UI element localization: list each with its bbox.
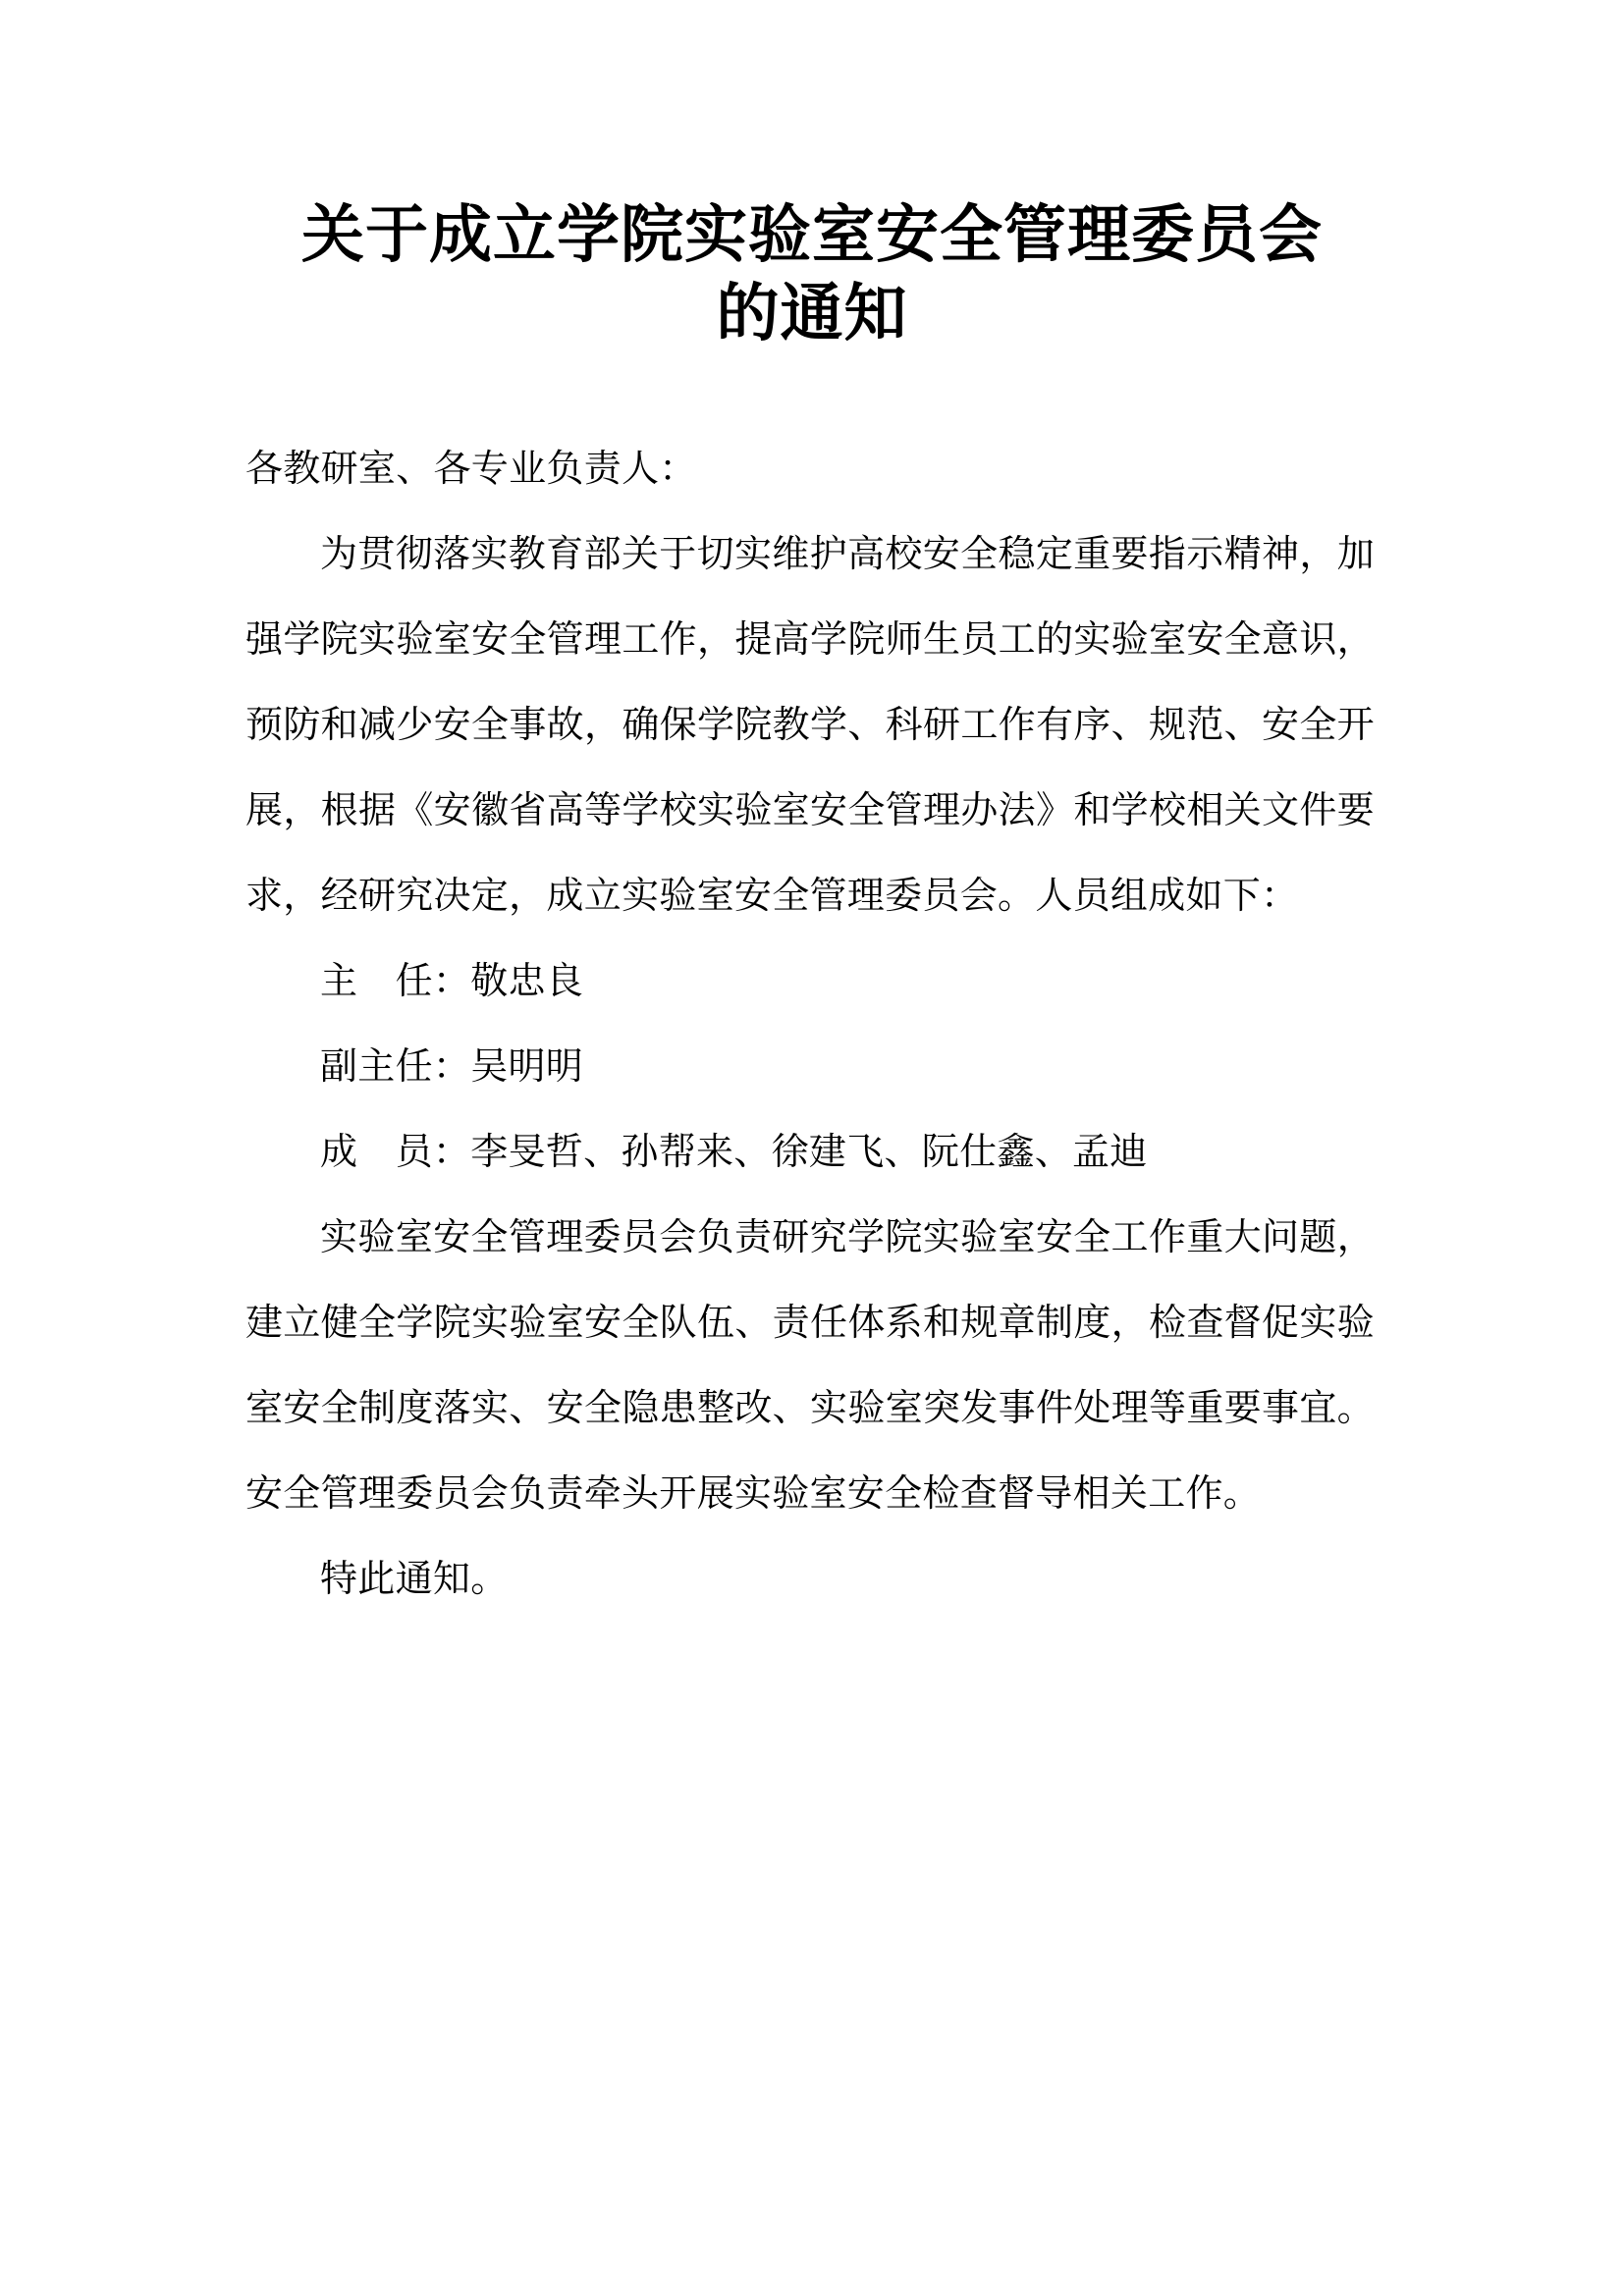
notice-title-line-1: 关于成立学院实验室安全管理委员会 <box>174 196 1450 275</box>
duties-paragraph: 实验室安全管理委员会负责研究学院实验室安全工作重大问题，建立健全学院实验室安全队… <box>245 1196 1375 1537</box>
closing-paragraph: 特此通知。 <box>245 1537 1375 1623</box>
notice-body: 各教研室、各专业负责人： 为贯彻落实教育部关于切实维护高校安全稳定重要指示精神，… <box>245 427 1375 1623</box>
member-row-vice-chair: 副主任：吴明明 <box>245 1025 1375 1110</box>
member-role-chair: 主 任： <box>320 961 470 1002</box>
notice-title: 关于成立学院实验室安全管理委员会 的通知 <box>174 196 1450 353</box>
notice-title-line-2: 的通知 <box>174 275 1450 353</box>
intro-paragraph: 为贯彻落实教育部关于切实维护高校安全稳定重要指示精神，加强学院实验室安全管理工作… <box>245 512 1375 939</box>
notice-document-page: 关于成立学院实验室安全管理委员会 的通知 各教研室、各专业负责人： 为贯彻落实教… <box>0 0 1624 2296</box>
member-role-vice-chair: 副主任： <box>320 1046 470 1088</box>
member-names-vice-chair: 吴明明 <box>470 1046 583 1088</box>
member-row-chair: 主 任：敬忠良 <box>245 939 1375 1025</box>
member-names-members: 李旻哲、孙帮来、徐建飞、阮仕鑫、孟迪 <box>470 1132 1147 1173</box>
member-row-members: 成 员：李旻哲、孙帮来、徐建飞、阮仕鑫、孟迪 <box>245 1110 1375 1196</box>
member-names-chair: 敬忠良 <box>470 961 583 1002</box>
member-role-members: 成 员： <box>320 1132 470 1173</box>
salutation-line: 各教研室、各专业负责人： <box>245 427 1375 512</box>
